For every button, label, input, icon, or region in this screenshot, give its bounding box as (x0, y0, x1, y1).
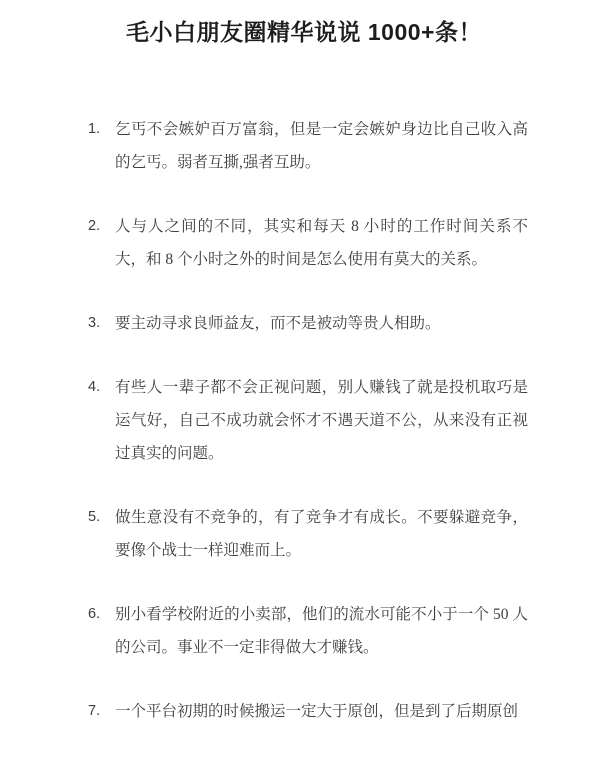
list-item-text: 要主动寻求良师益友，而不是被动等贵人相助。 (115, 307, 528, 340)
list-item-text: 有些人一辈子都不会正视问题，别人赚钱了就是投机取巧是运气好，自己不成功就会怀才不… (115, 371, 528, 470)
list-item: 4. 有些人一辈子都不会正视问题，别人赚钱了就是投机取巧是运气好，自己不成功就会… (88, 371, 528, 470)
list-item-number: 1. (88, 113, 115, 146)
list-item: 7. 一个平台初期的时候搬运一定大于原创，但是到了后期原创 (88, 695, 528, 728)
list-item-text: 别小看学校附近的小卖部，他们的流水可能不小于一个 50 人的公司。事业不一定非得… (115, 598, 528, 664)
list-item-number: 2. (88, 210, 115, 243)
list-item: 2. 人与人之间的不同，其实和每天 8 小时的工作时间关系不大，和 8 个小时之… (88, 210, 528, 276)
list-item-text: 乞丐不会嫉妒百万富翁，但是一定会嫉妒身边比自己收入高的乞丐。弱者互撕,强者互助。 (115, 113, 528, 179)
list-item-number: 5. (88, 501, 115, 534)
list-item: 6. 别小看学校附近的小卖部，他们的流水可能不小于一个 50 人的公司。事业不一… (88, 598, 528, 664)
list-item: 1. 乞丐不会嫉妒百万富翁，但是一定会嫉妒身边比自己收入高的乞丐。弱者互撕,强者… (88, 113, 528, 179)
numbered-list: 1. 乞丐不会嫉妒百万富翁，但是一定会嫉妒身边比自己收入高的乞丐。弱者互撕,强者… (0, 113, 608, 728)
list-item-text: 人与人之间的不同，其实和每天 8 小时的工作时间关系不大，和 8 个小时之外的时… (115, 210, 528, 276)
list-item-number: 7. (88, 695, 115, 728)
document-title: 毛小白朋友圈精华说说 1000+条！ (0, 16, 608, 48)
document-page: 毛小白朋友圈精华说说 1000+条！ 1. 乞丐不会嫉妒百万富翁，但是一定会嫉妒… (0, 0, 608, 760)
list-item-text: 做生意没有不竞争的，有了竞争才有成长。不要躲避竞争，要像个战士一样迎难而上。 (115, 501, 528, 567)
list-item: 5. 做生意没有不竞争的，有了竞争才有成长。不要躲避竞争，要像个战士一样迎难而上… (88, 501, 528, 567)
list-item-number: 3. (88, 307, 115, 340)
list-item-text: 一个平台初期的时候搬运一定大于原创，但是到了后期原创 (115, 695, 528, 728)
list-item-number: 4. (88, 371, 115, 404)
list-item: 3. 要主动寻求良师益友，而不是被动等贵人相助。 (88, 307, 528, 340)
list-item-number: 6. (88, 598, 115, 631)
